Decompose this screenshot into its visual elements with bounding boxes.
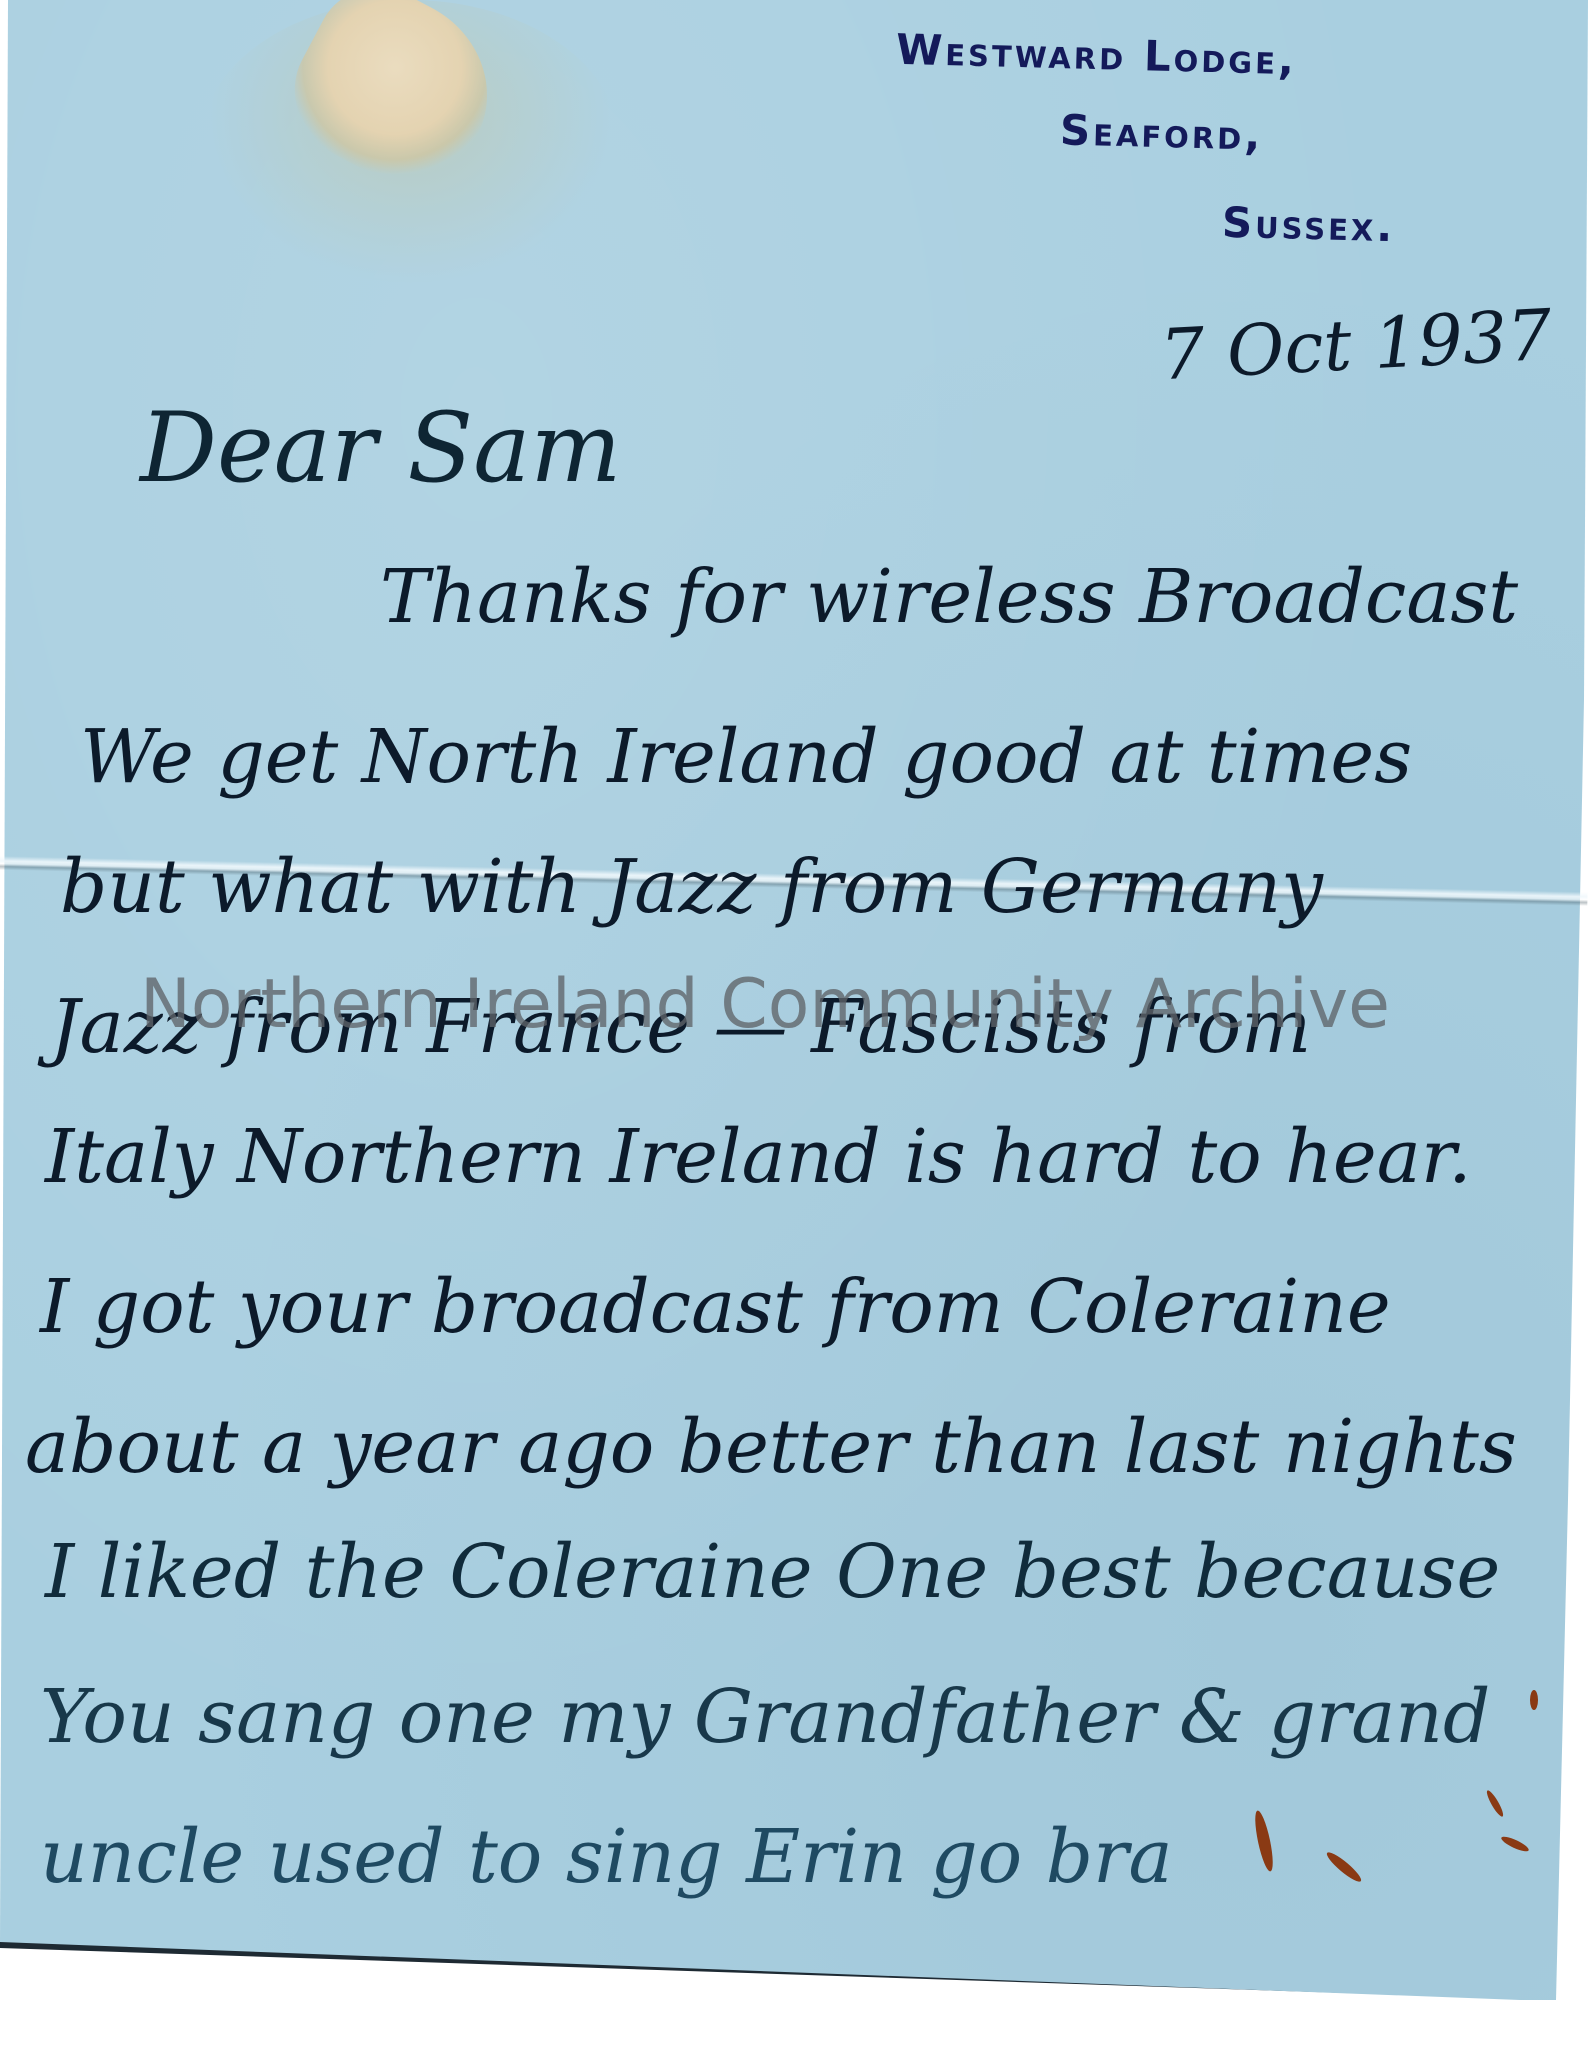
- body-line: I liked the Coleraine One best because: [45, 1535, 1500, 1609]
- letterhead-county: Sussex.: [1221, 198, 1396, 252]
- body-line: uncle used to sing Erin go bra: [40, 1820, 1173, 1894]
- body-line: about a year ago better than last nights: [25, 1410, 1517, 1484]
- body-line: I got your broadcast from Coleraine: [40, 1270, 1391, 1344]
- letterhead-house-name: Westward Lodge,: [895, 25, 1297, 84]
- archive-watermark: Northern Ireland Community Archive: [140, 965, 1390, 1044]
- body-line: We get North Ireland good at times: [80, 720, 1412, 794]
- salutation: Dear Sam: [140, 400, 621, 496]
- body-line: Italy Northern Ireland is hard to hear.: [45, 1120, 1472, 1194]
- letter-date: 7 Oct 1937: [1158, 300, 1553, 390]
- body-line: Thanks for wireless Broadcast: [380, 560, 1518, 634]
- body-line: You sang one my Grandfather & grand: [40, 1680, 1490, 1754]
- body-line: but what with Jazz from Germany: [60, 850, 1323, 924]
- letterhead-town: Seaford,: [1059, 105, 1264, 159]
- rust-spot: [1530, 1690, 1538, 1710]
